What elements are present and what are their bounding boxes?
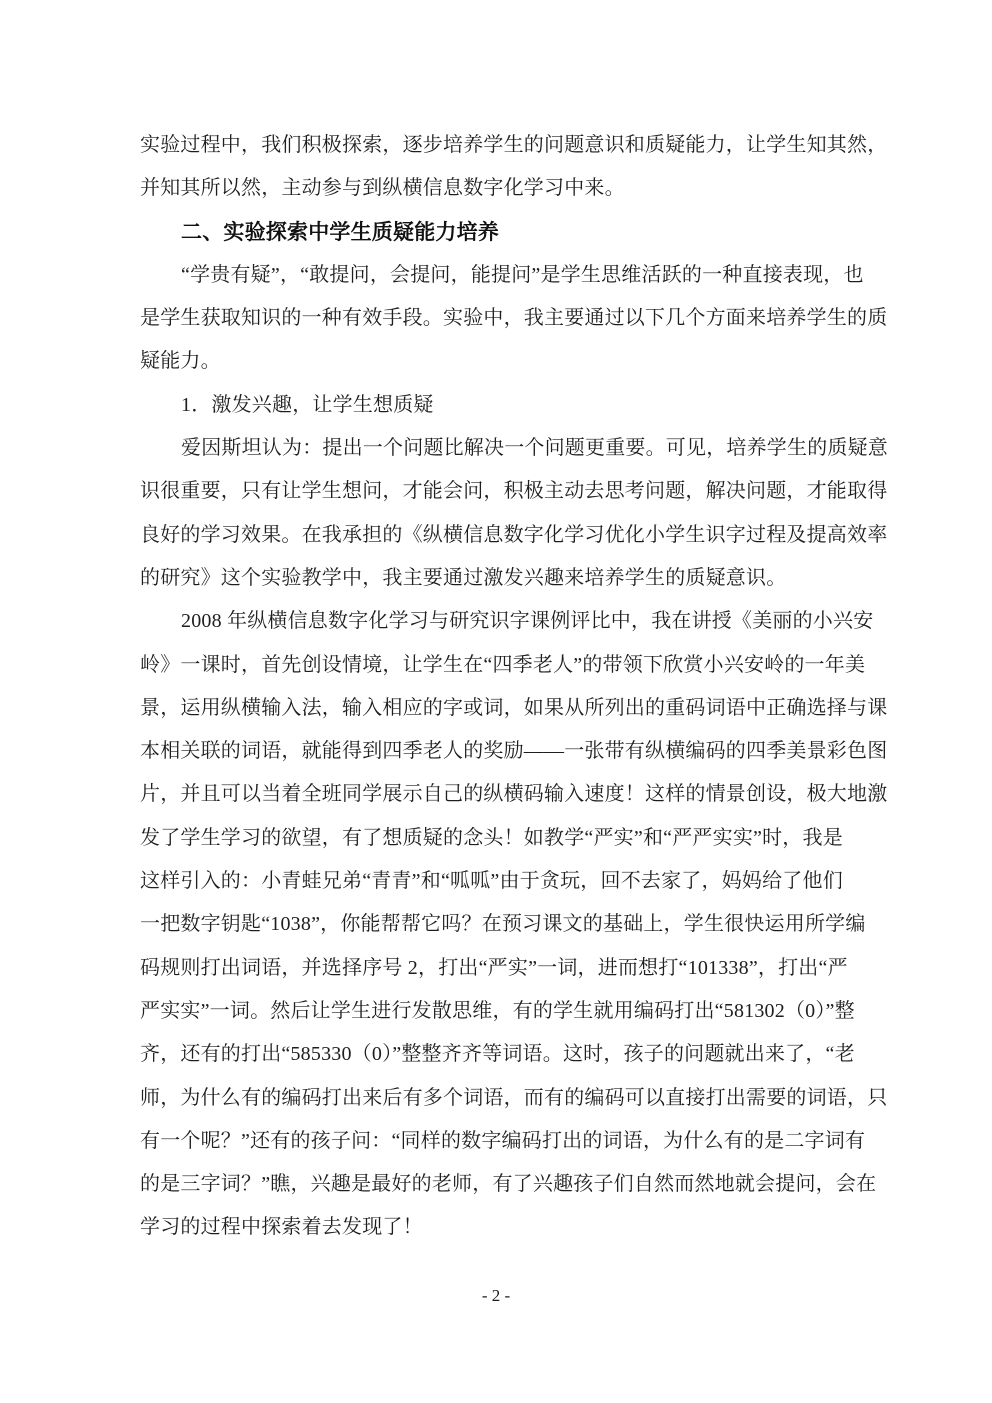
text-line: 2008 年纵横信息数字化学习与研究识字课例评比中，我在讲授《美丽的小兴安 xyxy=(140,600,870,643)
text-line: 这样引入的：小青蛙兄弟“青青”和“呱呱”由于贪玩，回不去家了，妈妈给了他们 xyxy=(140,860,870,903)
text-line: 实验过程中，我们积极探索，逐步培养学生的问题意识和质疑能力，让学生知其然， xyxy=(140,124,870,167)
text-line: 严实实”一词。然后让学生进行发散思维，有的学生就用编码打出“581302（0）”… xyxy=(140,990,870,1033)
text-line: 码规则打出词语，并选择序号 2，打出“严实”一词，进而想打“101338”，打出… xyxy=(140,947,870,990)
text-line: 发了学生学习的欲望，有了想质疑的念头！如教学“严实”和“严严实实”时，我是 xyxy=(140,817,870,860)
text-line: 爱因斯坦认为：提出一个问题比解决一个问题更重要。可见，培养学生的质疑意 xyxy=(140,427,870,470)
text-line: 一把数字钥匙“1038”，你能帮帮它吗？在预习课文的基础上，学生很快运用所学编 xyxy=(140,903,870,946)
document-page: 实验过程中，我们积极探索，逐步培养学生的问题意识和质疑能力，让学生知其然，并知其… xyxy=(0,0,992,1403)
text-line: 齐，还有的打出“585330（0）”整整齐齐等词语。这时，孩子的问题就出来了，“… xyxy=(140,1033,870,1076)
text-line: 的是三字词？”瞧，兴趣是最好的老师，有了兴趣孩子们自然而然地就会提问，会在 xyxy=(140,1163,870,1206)
text-line: 岭》一课时，首先创设情境，让学生在“四季老人”的带领下欣赏小兴安岭的一年美 xyxy=(140,644,870,687)
text-line: 并知其所以然，主动参与到纵横信息数字化学习中来。 xyxy=(140,167,870,210)
text-line: 是学生获取知识的一种有效手段。实验中，我主要通过以下几个方面来培养学生的质 xyxy=(140,297,870,340)
text-line: 本相关联的词语，就能得到四季老人的奖励——一张带有纵横编码的四季美景彩色图 xyxy=(140,730,870,773)
text-line: 学习的过程中探索着去发现了！ xyxy=(140,1206,870,1249)
text-line: 片，并且可以当着全班同学展示自己的纵横码输入速度！这样的情景创设，极大地激 xyxy=(140,773,870,816)
page-number: - 2 - xyxy=(0,1286,992,1306)
text-line: “学贵有疑”，“敢提问，会提问，能提问”是学生思维活跃的一种直接表现，也 xyxy=(140,254,870,297)
text-line: 良好的学习效果。在我承担的《纵横信息数字化学习优化小学生识字过程及提高效率 xyxy=(140,514,870,557)
text-line: 识很重要，只有让学生想问，才能会问，积极主动去思考问题，解决问题，才能取得 xyxy=(140,470,870,513)
document-body: 实验过程中，我们积极探索，逐步培养学生的问题意识和质疑能力，让学生知其然，并知其… xyxy=(140,124,870,1250)
text-line: 1．激发兴趣，让学生想质疑 xyxy=(140,384,870,427)
text-line: 景，运用纵横输入法，输入相应的字或词，如果从所列出的重码词语中正确选择与课 xyxy=(140,687,870,730)
text-line: 疑能力。 xyxy=(140,340,870,383)
section-heading: 二、实验探索中学生质疑能力培养 xyxy=(140,211,870,254)
text-line: 有一个呢？”还有的孩子问：“同样的数字编码打出的词语，为什么有的是二字词有 xyxy=(140,1120,870,1163)
text-line: 的研究》这个实验教学中，我主要通过激发兴趣来培养学生的质疑意识。 xyxy=(140,557,870,600)
text-line: 师，为什么有的编码打出来后有多个词语，而有的编码可以直接打出需要的词语，只 xyxy=(140,1077,870,1120)
